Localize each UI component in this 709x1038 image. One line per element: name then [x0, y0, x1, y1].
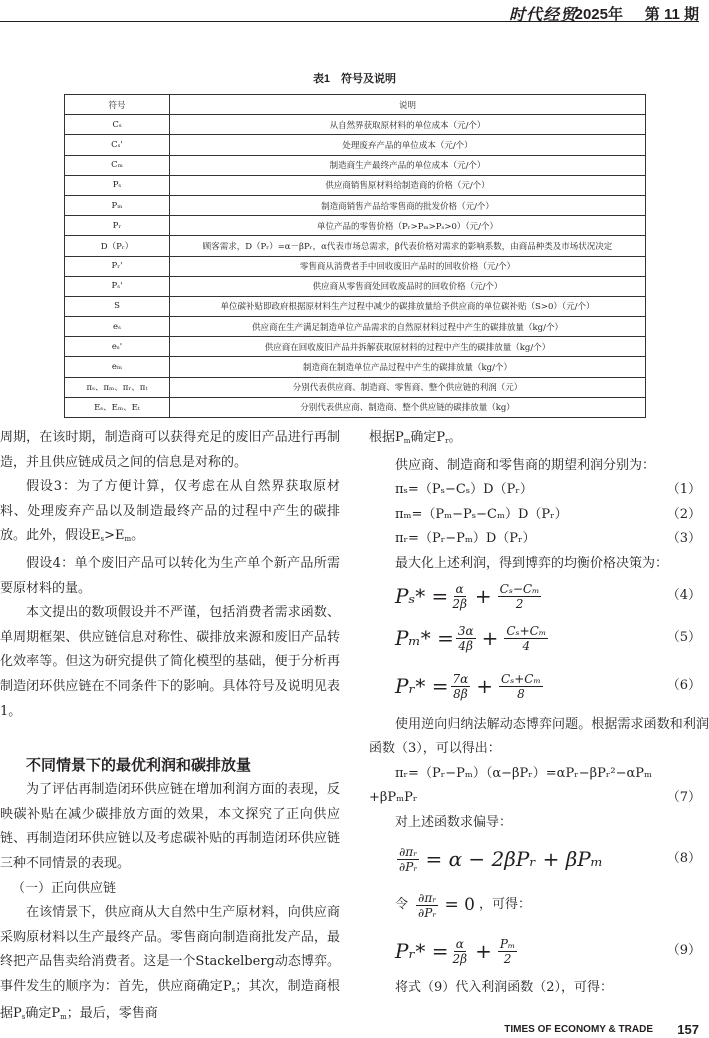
table-row: S单位碳补贴即政府根据原材料生产过程中减少的碳排放量给予供应商的单位碳补贴（S>… — [65, 296, 646, 316]
symbol-cell: Pᵣ' — [65, 256, 170, 276]
page-header: 时代经贸 2025年 第 11 期 — [0, 0, 709, 22]
symbol-cell: Pₛ — [65, 175, 170, 195]
column-header-description: 说明 — [170, 95, 646, 115]
paragraph: 对上述函数求偏导： — [369, 811, 709, 836]
paragraph: 最大化上述利润，得到博弈的均衡价格决策为： — [369, 552, 709, 577]
paragraph: 将式（9）代入利润函数（2），可得： — [369, 976, 709, 1001]
description-cell: 制造商生产最终产品的单位成本（元/个） — [170, 155, 646, 175]
symbol-cell: D（Pᵣ） — [65, 236, 170, 256]
symbol-cell: Pₛ' — [65, 276, 170, 296]
set-derivative-zero: 令 ∂πᵣ∂Pᵣ = 0 ，可得： — [369, 884, 709, 928]
table-row: D（Pᵣ）顾客需求，D（Pᵣ）=α－βPᵣ，α代表市场总需求，β代表价格对需求的… — [65, 236, 646, 256]
symbol-cell: eₛ' — [65, 337, 170, 357]
equation-4: Pₛ* = α2β + Cₛ−Cₘ2 （4） — [369, 577, 709, 617]
equation-7-line-1: πᵣ=（Pᵣ−Pₘ）（α−βPᵣ）=αPᵣ−βPᵣ²−αPₘ — [369, 762, 709, 787]
description-cell: 顾客需求，D（Pᵣ）=α－βPᵣ，α代表市场总需求，β代表价格对需求的影响系数，… — [170, 236, 646, 256]
description-cell: 从自然界获取原材料的单位成本（元/个） — [170, 115, 646, 135]
description-cell: 供应商销售原材料给制造商的价格（元/个） — [170, 175, 646, 195]
table-row: Pₛ供应商销售原材料给制造商的价格（元/个） — [65, 175, 646, 195]
paragraph: 使用逆向归纳法解动态博弈问题。根据需求函数和利润函数（3），可以得出： — [369, 713, 709, 762]
symbol-cell: Pₘ — [65, 195, 170, 215]
equation-5: Pₘ* = 3α4β + Cₛ+Cₘ4 （5） — [369, 617, 709, 661]
equation-9: Pᵣ* = α2β + Pₘ2 （9） — [369, 928, 709, 976]
description-cell: 零售商从消费者手中回收废旧产品时的回收价格（元/个） — [170, 256, 646, 276]
assumption-4: 假设4：单个废旧产品可以转化为生产单个新产品所需要原材料的量。 — [0, 552, 340, 601]
description-cell: 分别代表供应商、制造商、整个供应链的碳排放量（kg） — [170, 397, 646, 417]
table-row: Cₛ从自然界获取原材料的单位成本（元/个） — [65, 115, 646, 135]
left-column: 周期，在该时期，制造商可以获得充足的废旧产品进行再制造，并且供应链成员之间的信息… — [0, 426, 340, 1030]
symbols-table: 符号 说明 Cₛ从自然界获取原材料的单位成本（元/个）Cₛ'处理废弃产品的单位成… — [64, 94, 646, 418]
symbol-cell: S — [65, 296, 170, 316]
symbol-cell: Pᵣ — [65, 216, 170, 236]
table-row: eₛ供应商在生产满足制造单位产品需求的自然原材料过程中产生的碳排放量（kg/个） — [65, 317, 646, 337]
description-cell: 供应商从零售商处回收废品时的回收价格（元/个） — [170, 276, 646, 296]
equation-3: πᵣ=（Pᵣ−Pₘ）D（Pᵣ）（3） — [369, 527, 709, 552]
table-title: 表1 符号及说明 — [0, 70, 709, 86]
symbol-cell: eₛ — [65, 317, 170, 337]
table-row: Pₘ制造商销售产品给零售商的批发价格（元/个） — [65, 195, 646, 215]
column-header-symbol: 符号 — [65, 95, 170, 115]
description-cell: 制造商在制造单位产品过程中产生的碳排放量（kg/个） — [170, 357, 646, 377]
equation-8: ∂πᵣ∂Pᵣ = α − 2βPᵣ + βPₘ （8） — [369, 836, 709, 884]
description-cell: 分别代表供应商、制造商、零售商、整个供应链的利润（元） — [170, 377, 646, 397]
description-cell: 供应商在生产满足制造单位产品需求的自然原材料过程中产生的碳排放量（kg/个） — [170, 317, 646, 337]
table-row: πₛ、πₘ、πᵣ、πₜ分别代表供应商、制造商、零售商、整个供应链的利润（元） — [65, 377, 646, 397]
page-number: 157 — [677, 1022, 699, 1037]
table-row: Cₛ'处理废弃产品的单位成本（元/个） — [65, 135, 646, 155]
section-heading: 不同情景下的最优利润和碳排放量 — [0, 754, 340, 778]
symbol-cell: Cₛ' — [65, 135, 170, 155]
right-column: 根据Pm确定Pr。 供应商、制造商和零售商的期望利润分别为： πₛ=（Pₛ−Cₛ… — [369, 426, 709, 1000]
symbol-cell: eₘ — [65, 357, 170, 377]
table-row: Pᵣ单位产品的零售价格（Pᵣ>Pₘ>Pₛ>0）（元/个） — [65, 216, 646, 236]
description-cell: 单位产品的零售价格（Pᵣ>Pₘ>Pₛ>0）（元/个） — [170, 216, 646, 236]
symbol-cell: Cₛ — [65, 115, 170, 135]
table-row: Eₛ、Eₘ、Eₜ分别代表供应商、制造商、整个供应链的碳排放量（kg） — [65, 397, 646, 417]
journal-english-name: TIMES OF ECONOMY & TRADE — [504, 1024, 653, 1035]
table-row: eₛ'供应商在回收废旧产品并拆解获取原材料的过程中产生的碳排放量（kg/个） — [65, 337, 646, 357]
symbol-cell: Eₛ、Eₘ、Eₜ — [65, 397, 170, 417]
equation-2: πₘ=（Pₘ−Pₛ−Cₘ）D（Pᵣ）（2） — [369, 503, 709, 528]
paragraph: 周期，在该时期，制造商可以获得充足的废旧产品进行再制造，并且供应链成员之间的信息… — [0, 426, 340, 475]
header-rule — [0, 21, 699, 22]
table-header-row: 符号 说明 — [65, 95, 646, 115]
paragraph: 本文提出的数项假设并不严谨，包括消费者需求函数、单周期框架、供应链信息对称性、碳… — [0, 601, 340, 724]
description-cell: 制造商销售产品给零售商的批发价格（元/个） — [170, 195, 646, 215]
table-row: Pᵣ'零售商从消费者手中回收废旧产品时的回收价格（元/个） — [65, 256, 646, 276]
table-row: eₘ制造商在制造单位产品过程中产生的碳排放量（kg/个） — [65, 357, 646, 377]
equation-1: πₛ=（Pₛ−Cₛ）D（Pᵣ）（1） — [369, 478, 709, 503]
symbol-cell: πₛ、πₘ、πᵣ、πₜ — [65, 377, 170, 397]
paragraph: 在该情景下，供应商从大自然中生产原材料，向供应商采购原材料以生产最终产品。零售商… — [0, 901, 340, 1030]
symbol-cell: Cₘ — [65, 155, 170, 175]
equation-6: Pᵣ* = 7α8β + Cₛ+Cₘ8 （6） — [369, 661, 709, 713]
paragraph: 为了评估再制造闭环供应链在增加利润方面的表现，反映碳补贴在减少碳排放方面的效果，… — [0, 778, 340, 876]
description-cell: 供应商在回收废旧产品并拆解获取原材料的过程中产生的碳排放量（kg/个） — [170, 337, 646, 357]
assumption-3: 假设3：为了方便计算，仅考虑在从自然界获取原材料、处理废弃产品以及制造最终产品的… — [0, 475, 340, 552]
equation-7-line-2: +βPₘPᵣ（7） — [369, 786, 709, 811]
table-row: Cₘ制造商生产最终产品的单位成本（元/个） — [65, 155, 646, 175]
paragraph: 供应商、制造商和零售商的期望利润分别为： — [369, 454, 709, 479]
paragraph: 根据Pm确定Pr。 — [369, 426, 709, 454]
table-row: Pₛ'供应商从零售商处回收废品时的回收价格（元/个） — [65, 276, 646, 296]
description-cell: 单位碳补贴即政府根据原材料生产过程中减少的碳排放量给予供应商的单位碳补贴（S>0… — [170, 296, 646, 316]
subsection-heading: （一）正向供应链 — [0, 877, 340, 902]
description-cell: 处理废弃产品的单位成本（元/个） — [170, 135, 646, 155]
